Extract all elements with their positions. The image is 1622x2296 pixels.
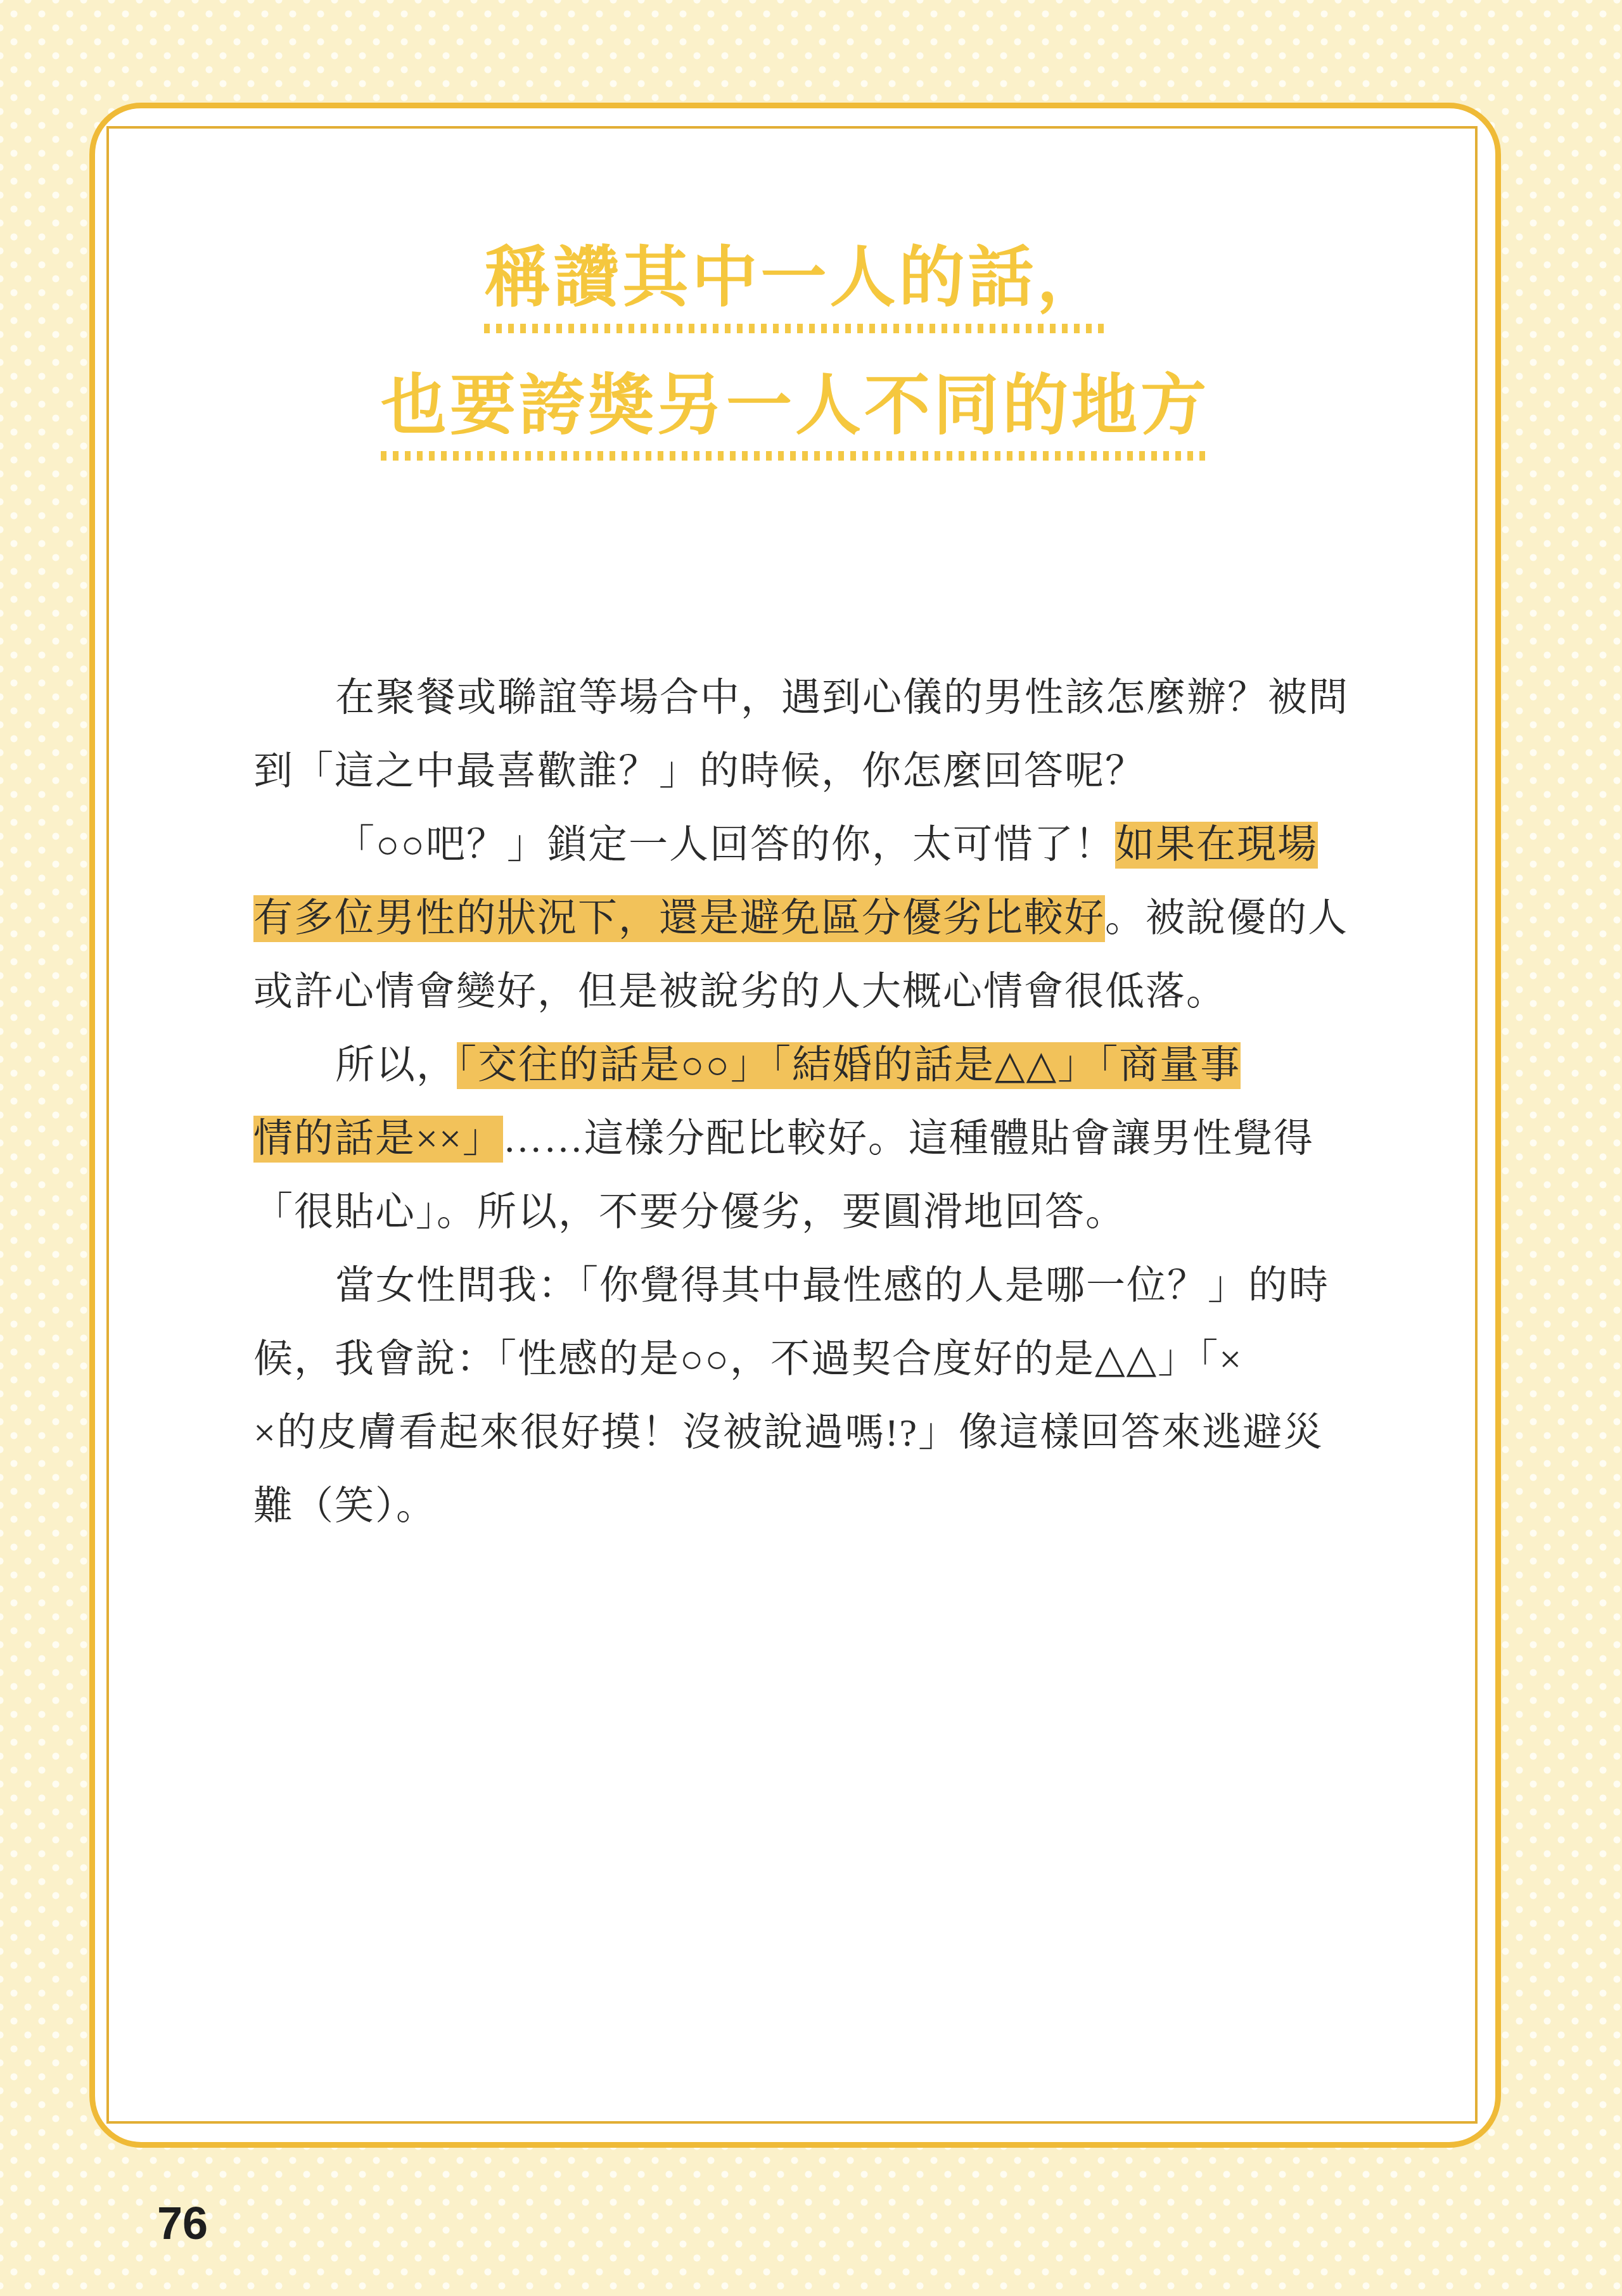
text-segment: 。被說優的人	[1105, 895, 1348, 942]
body-line: ×的皮膚看起來很好摸！沒被說過嗎!?」像這樣回答來逃避災	[253, 1396, 1388, 1470]
title-line-1: 稱讚其中一人的話，	[0, 239, 1590, 333]
text-segment: 所以，	[335, 1042, 457, 1089]
title-line-1-wrap: 稱讚其中一人的話，	[484, 239, 1106, 333]
text-segment: 當女性問我：「你覺得其中最性感的人是哪一位？」的時	[335, 1263, 1329, 1310]
body-line: 當女性問我：「你覺得其中最性感的人是哪一位？」的時	[253, 1249, 1388, 1323]
body-text: 在聚餐或聯誼等場合中，遇到心儀的男性該怎麼辦？被問到「這之中最喜歡誰？」的時候，…	[253, 661, 1388, 1543]
title-underline-2	[381, 451, 1210, 461]
text-segment: 到「這之中最喜歡誰？」的時候，你怎麼回答呢？	[253, 748, 1146, 795]
text-segment: ×的皮膚看起來很好摸！沒被說過嗎!?」像這樣回答來逃避災	[253, 1410, 1324, 1457]
highlighted-text: 情的話是××」	[253, 1116, 503, 1163]
text-segment: 在聚餐或聯誼等場合中，遇到心儀的男性該怎麼辦？被問	[335, 675, 1349, 722]
text-segment: ……這樣分配比較好。這種體貼會讓男性覺得	[503, 1116, 1314, 1163]
body-line: 「很貼心」。所以，不要分優劣，要圓滑地回答。	[253, 1176, 1388, 1249]
title-underline-1	[484, 324, 1106, 333]
title-line-2-wrap: 也要誇獎另一人不同的地方	[381, 367, 1210, 461]
body-line: 有多位男性的狀況下，還是避免區分優劣比較好。被說優的人	[253, 882, 1388, 955]
body-line: 到「這之中最喜歡誰？」的時候，你怎麼回答呢？	[253, 735, 1388, 808]
body-line: 難（笑）。	[253, 1470, 1388, 1543]
title-line-2-text: 也要誇獎另一人不同的地方	[381, 367, 1210, 445]
highlighted-text: 有多位男性的狀況下，還是避免區分優劣比較好	[253, 895, 1105, 942]
chapter-title: 稱讚其中一人的話， 也要誇獎另一人不同的地方	[0, 239, 1590, 495]
text-segment: 「○○吧？」鎖定一人回答的你，太可惜了！	[335, 822, 1115, 869]
text-segment: 候，我會說：「性感的是○○，不過契合度好的是△△」「×	[253, 1336, 1242, 1383]
body-line: 「○○吧？」鎖定一人回答的你，太可惜了！如果在現場	[253, 808, 1388, 882]
title-line-2: 也要誇獎另一人不同的地方	[0, 367, 1590, 461]
book-page: 稱讚其中一人的話， 也要誇獎另一人不同的地方 在聚餐或聯誼等場合中，遇到心儀的男…	[0, 0, 1622, 2296]
highlighted-text: 「交往的話是○○」「結婚的話是△△」「商量事	[457, 1042, 1241, 1089]
text-segment: 「很貼心」。所以，不要分優劣，要圓滑地回答。	[253, 1189, 1126, 1236]
body-line: 候，我會說：「性感的是○○，不過契合度好的是△△」「×	[253, 1323, 1388, 1396]
page-number: 76	[157, 2201, 208, 2247]
body-line: 在聚餐或聯誼等場合中，遇到心儀的男性該怎麼辦？被問	[253, 661, 1388, 735]
text-segment: 或許心情會變好，但是被說劣的人大概心情會很低落。	[253, 969, 1227, 1016]
text-segment: 難（笑）。	[253, 1483, 437, 1530]
highlighted-text: 如果在現場	[1115, 822, 1318, 869]
body-line: 所以，「交往的話是○○」「結婚的話是△△」「商量事	[253, 1029, 1388, 1102]
body-line: 或許心情會變好，但是被說劣的人大概心情會很低落。	[253, 955, 1388, 1029]
title-line-1-text: 稱讚其中一人的話，	[484, 239, 1106, 317]
body-line: 情的話是××」……這樣分配比較好。這種體貼會讓男性覺得	[253, 1102, 1388, 1176]
